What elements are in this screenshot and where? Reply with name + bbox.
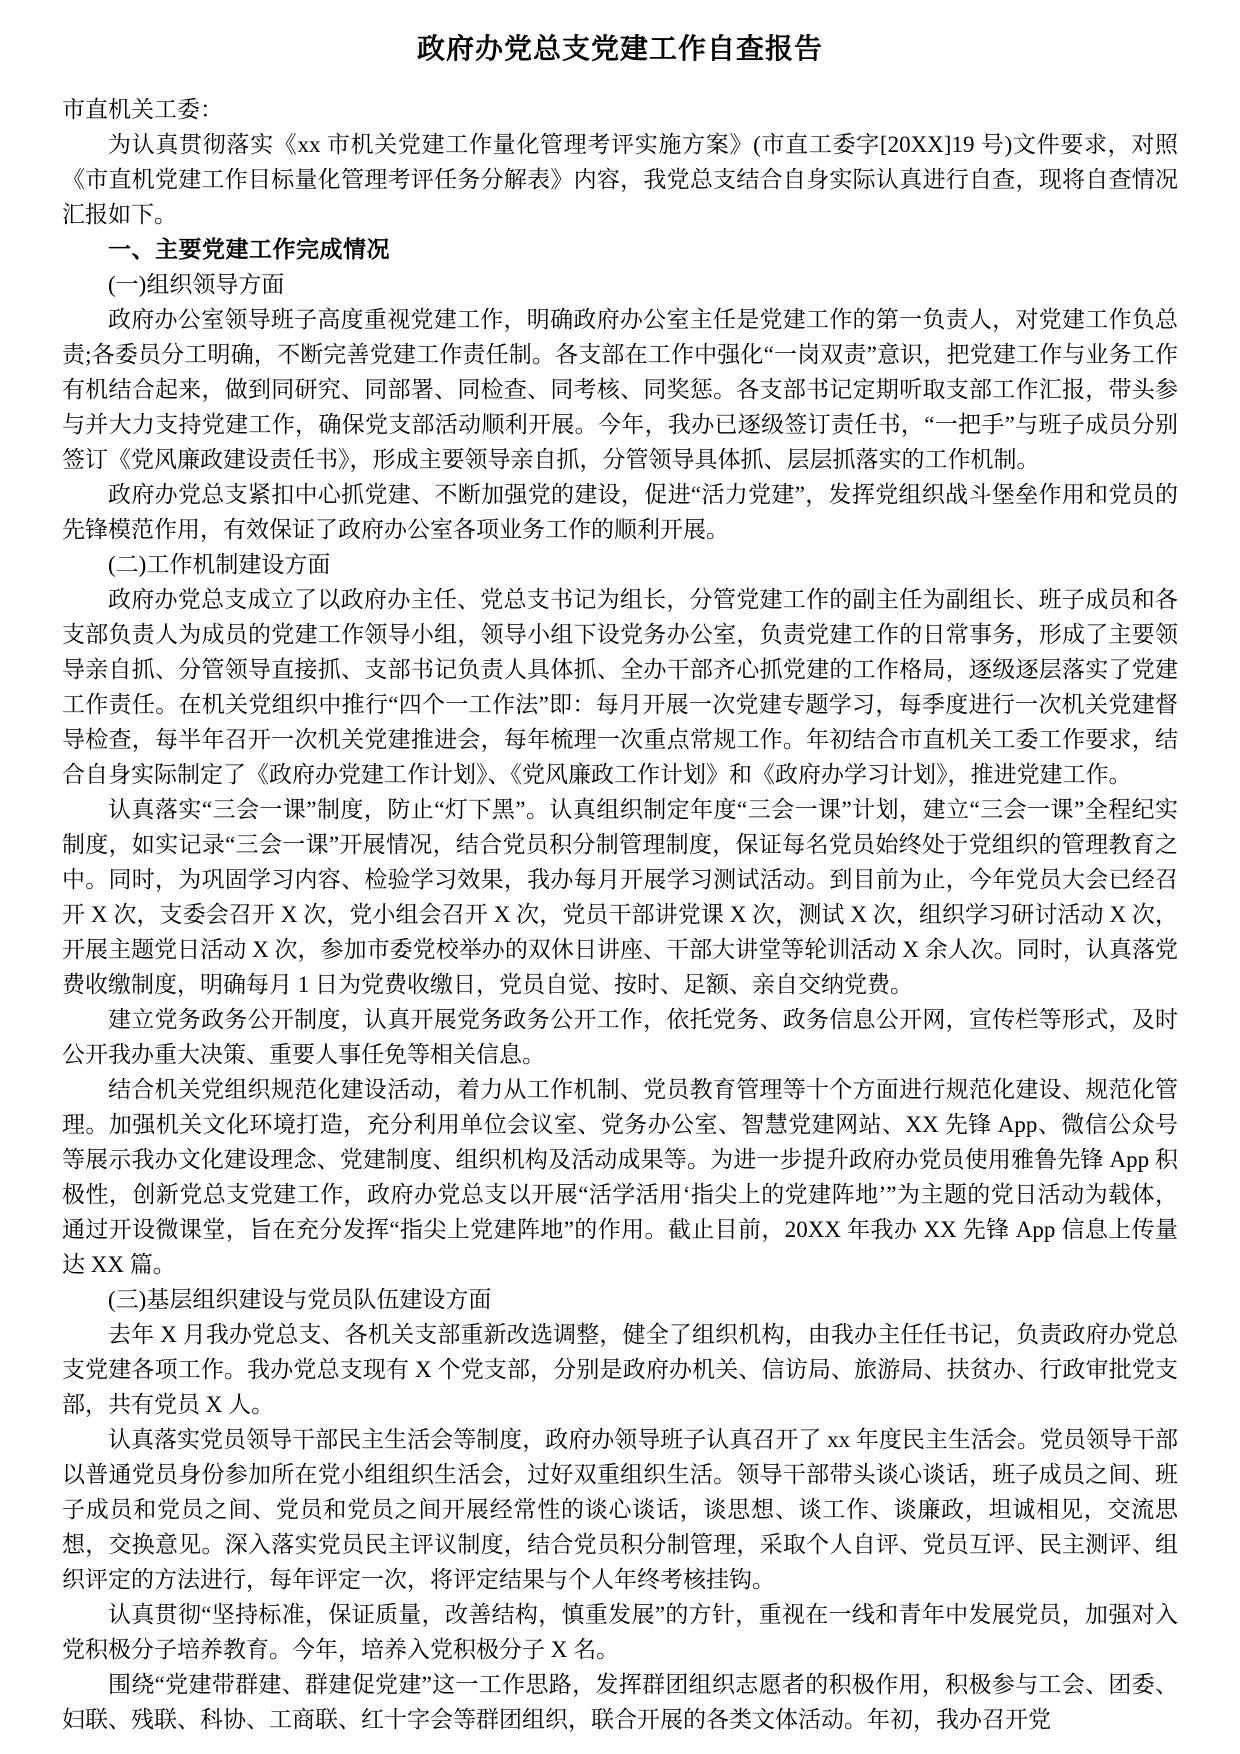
body-paragraph-grassroots-4: 围绕“党建带群建、群建促党建”这一工作思路，发挥群团组织志愿者的积极作用，积极参… (62, 1667, 1178, 1737)
intro-paragraph: 为认真贯彻落实《xx 市机关党建工作量化管理考评实施方案》(市直工委字[20XX… (62, 127, 1178, 232)
body-paragraph-grassroots-1: 去年 X 月我办党总支、各机关支部重新改选调整，健全了组织机构，由我办主任任书记… (62, 1317, 1178, 1422)
body-paragraph-work-mechanism-1: 政府办党总支成立了以政府办主任、党总支书记为组长，分管党建工作的副主任为副组长、… (62, 582, 1178, 792)
body-paragraph-work-mechanism-2: 认真落实“三会一课”制度，防止“灯下黑”。认真组织制定年度“三会一课”计划，建立… (62, 792, 1178, 1002)
body-paragraph-organization-leadership-1: 政府办公室领导班子高度重视党建工作，明确政府办公室主任是党建工作的第一负责人，对… (62, 302, 1178, 477)
body-paragraph-grassroots-2: 认真落实党员领导干部民主生活会等制度，政府办领导班子认真召开了 xx 年度民主生… (62, 1422, 1178, 1597)
subsection-1-3-heading: (三)基层组织建设与党员队伍建设方面 (62, 1282, 1178, 1317)
document-page: 政府办党总支党建工作自查报告 市直机关工委： 为认真贯彻落实《xx 市机关党建工… (0, 0, 1240, 1754)
salutation: 市直机关工委： (62, 92, 1178, 127)
document-title: 政府办党总支党建工作自查报告 (62, 34, 1178, 66)
body-paragraph-work-mechanism-4: 结合机关党组织规范化建设活动，着力从工作机制、党员教育管理等十个方面进行规范化建… (62, 1072, 1178, 1282)
subsection-1-1-heading: (一)组织领导方面 (62, 267, 1178, 302)
subsection-1-2-heading: (二)工作机制建设方面 (62, 547, 1178, 582)
body-paragraph-work-mechanism-3: 建立党务政务公开制度，认真开展党务政务公开工作，依托党务、政务信息公开网，宣传栏… (62, 1002, 1178, 1072)
body-paragraph-organization-leadership-2: 政府办党总支紧扣中心抓党建、不断加强党的建设，促进“活力党建”，发挥党组织战斗堡… (62, 477, 1178, 547)
body-paragraph-grassroots-3: 认真贯彻“坚持标准，保证质量，改善结构，慎重发展”的方针，重视在一线和青年中发展… (62, 1597, 1178, 1667)
section-1-heading: 一、主要党建工作完成情况 (62, 232, 1178, 267)
